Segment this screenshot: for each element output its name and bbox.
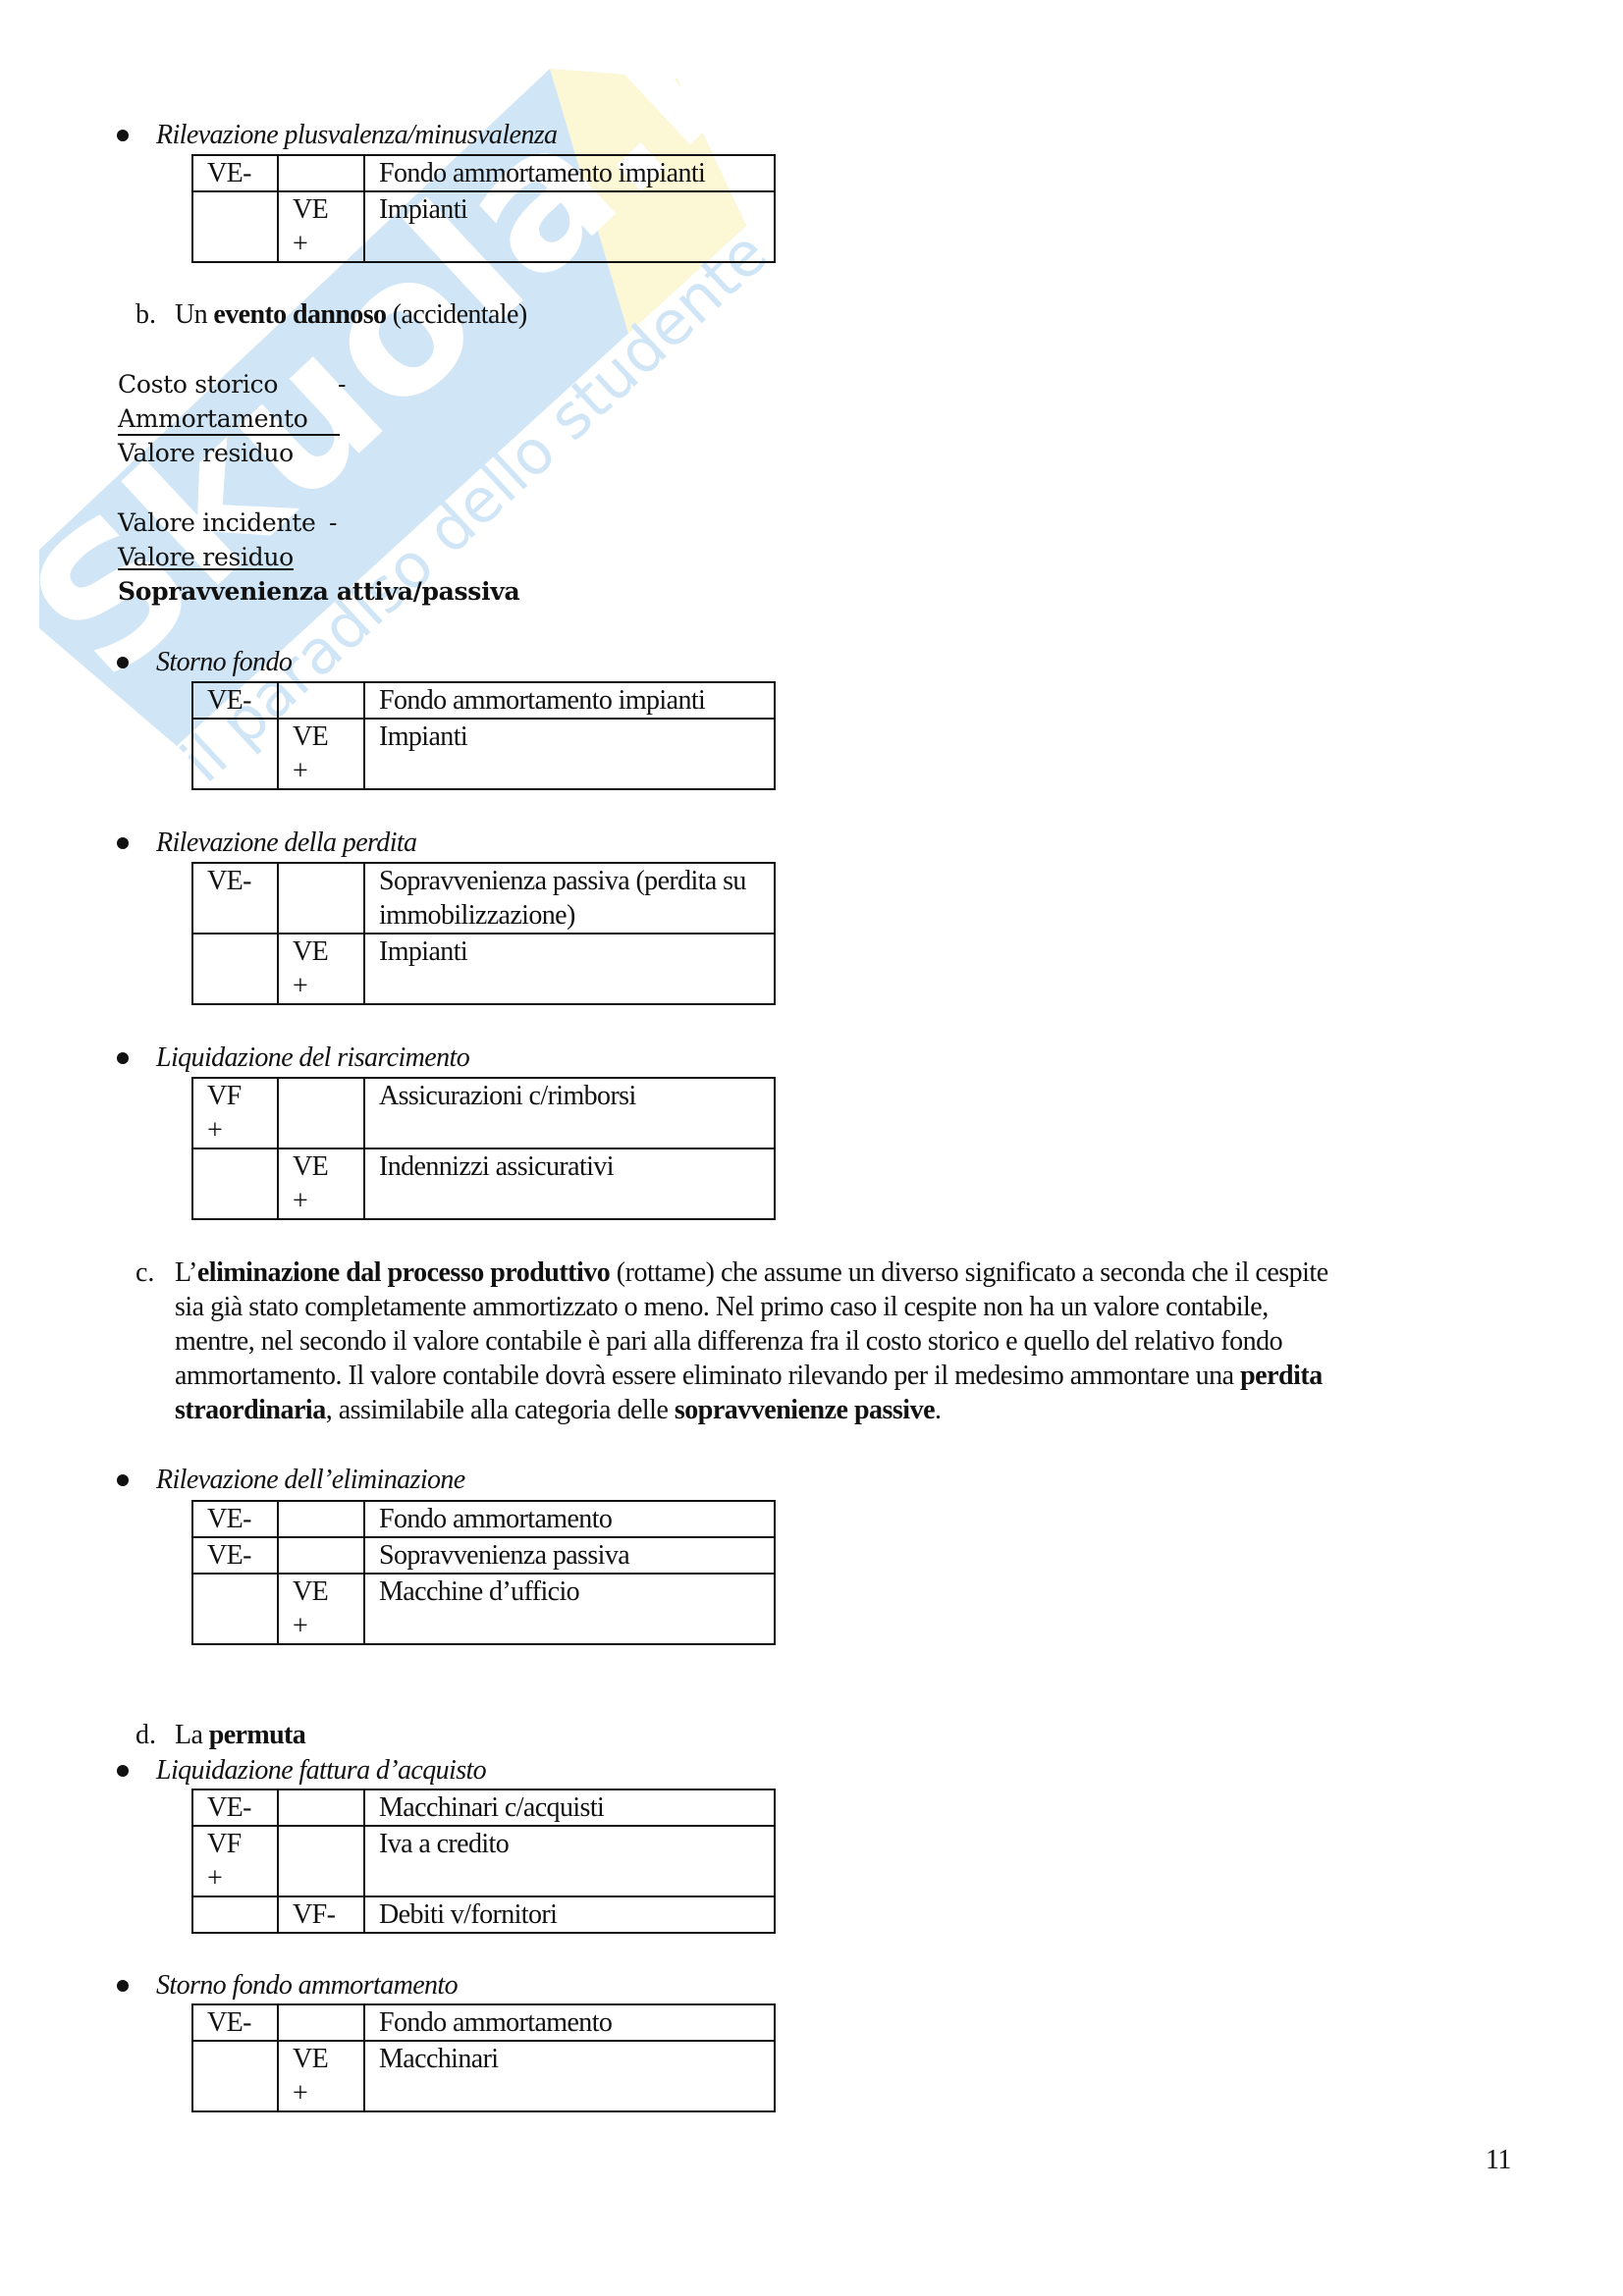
account-cell: Impianti — [364, 934, 775, 1004]
avere-cell: VE+ — [278, 2041, 364, 2111]
paragraph-c: L’eliminazione dal processo produttivo (… — [175, 1255, 1520, 1427]
heading-eliminazione: Rilevazione dell’eliminazione — [156, 1463, 465, 1497]
avere-cell: VF- — [278, 1896, 364, 1933]
table-row: VF- Debiti v/fornitori — [192, 1896, 775, 1933]
table-row: VE- Sopravvenienza passiva (perdita su i… — [192, 863, 775, 934]
calc-operator: - — [338, 367, 346, 401]
avere-cell — [278, 1537, 364, 1574]
list-marker-d: d. — [135, 1718, 156, 1752]
dare-cell — [192, 934, 278, 1004]
bullet-icon — [117, 1474, 129, 1486]
paragraph-line: ammortamento. Il valore contabile dovrà … — [175, 1359, 1520, 1393]
journal-table-perdita: VE- Sopravvenienza passiva (perdita su i… — [191, 862, 776, 1005]
section-b-title: Un evento dannoso (accidentale) — [175, 297, 527, 332]
account-cell: Macchinari c/acquisti — [364, 1789, 775, 1826]
avere-cell — [278, 1501, 364, 1537]
journal-table-storno-ammortamento: VE- Fondo ammortamento VE+ Macchinari — [191, 2003, 776, 2112]
dare-cell: VE- — [192, 1501, 278, 1537]
table-row: VE- Fondo ammortamento — [192, 1501, 775, 1537]
list-marker-b: b. — [135, 297, 156, 332]
account-cell: Debiti v/fornitori — [364, 1896, 775, 1933]
dare-cell: VF+ — [192, 1826, 278, 1896]
section-d-bold: permuta — [209, 1720, 305, 1750]
avere-cell: VE+ — [278, 191, 364, 262]
dare-cell — [192, 191, 278, 262]
calc-label: Ammortamento — [118, 404, 340, 436]
calc-label: Costo storico — [118, 370, 278, 399]
account-cell: Impianti — [364, 719, 775, 789]
dare-cell: VE- — [192, 2004, 278, 2041]
table-row: VE+ Impianti — [192, 191, 775, 262]
heading-risarcimento: Liquidazione del risarcimento — [156, 1041, 469, 1075]
account-cell: Impianti — [364, 191, 775, 262]
section-b-bold: evento dannoso — [213, 299, 386, 330]
section-b-post: (accidentale) — [386, 299, 526, 330]
avere-cell — [278, 1078, 364, 1148]
account-cell: Macchinari — [364, 2041, 775, 2111]
avere-cell — [278, 1826, 364, 1896]
dare-cell: VE- — [192, 1789, 278, 1826]
journal-table-plusvalenza: VE- Fondo ammortamento impianti VE+ Impi… — [191, 154, 776, 263]
heading-perdita: Rilevazione della perdita — [156, 826, 416, 860]
list-marker-c: c. — [135, 1255, 154, 1290]
paragraph-line: mentre, nel secondo il valore contabile … — [175, 1324, 1520, 1359]
section-b-pre: Un — [175, 299, 213, 330]
avere-cell: VE+ — [278, 1574, 364, 1644]
account-cell: Fondo ammortamento impianti — [364, 682, 775, 719]
paragraph-line: L’eliminazione dal processo produttivo (… — [175, 1255, 1520, 1290]
dare-cell: VE- — [192, 155, 278, 191]
bullet-icon — [117, 657, 129, 668]
table-row: VE+ Macchine d’ufficio — [192, 1574, 775, 1644]
bullet-icon — [117, 1980, 129, 1992]
paragraph-line: sia già stato completamente ammortizzato… — [175, 1290, 1520, 1324]
avere-cell — [278, 682, 364, 719]
account-cell: Sopravvenienza passiva (perdita su immob… — [364, 863, 775, 934]
avere-cell: VE+ — [278, 719, 364, 789]
avere-cell — [278, 863, 364, 934]
calc-costo-storico: Costo storico- — [118, 367, 278, 401]
dare-cell — [192, 1896, 278, 1933]
bullet-icon — [117, 837, 129, 849]
journal-table-storno-fondo: VE- Fondo ammortamento impianti VE+ Impi… — [191, 681, 776, 790]
dare-cell: VE- — [192, 1537, 278, 1574]
avere-cell — [278, 2004, 364, 2041]
heading-plusvalenza: Rilevazione plusvalenza/minusvalenza — [156, 118, 557, 152]
dare-cell — [192, 719, 278, 789]
journal-table-fattura: VE- Macchinari c/acquisti VF+ Iva a cred… — [191, 1789, 776, 1934]
journal-table-risarcimento: VF+ Assicurazioni c/rimborsi VE+ Indenni… — [191, 1077, 776, 1220]
calc-sopravvenienza: Sopravvenienza attiva/passiva — [118, 574, 519, 609]
dare-cell: VE- — [192, 863, 278, 934]
journal-table-eliminazione: VE- Fondo ammortamento VE- Sopravvenienz… — [191, 1500, 776, 1645]
page-number: 11 — [1486, 2143, 1511, 2177]
account-cell: Iva a credito — [364, 1826, 775, 1896]
bullet-icon — [117, 1765, 129, 1777]
table-row: VE+ Impianti — [192, 719, 775, 789]
paragraph-line: straordinaria, assimilabile alla categor… — [175, 1393, 1520, 1427]
avere-cell — [278, 155, 364, 191]
account-cell: Sopravvenienza passiva — [364, 1537, 775, 1574]
account-cell: Fondo ammortamento — [364, 1501, 775, 1537]
account-cell: Assicurazioni c/rimborsi — [364, 1078, 775, 1148]
avere-cell: VE+ — [278, 1148, 364, 1219]
dare-cell: VF+ — [192, 1078, 278, 1148]
heading-storno-fondo: Storno fondo — [156, 645, 292, 679]
svg-text:Skuola.net: Skuola.net — [0, 0, 963, 720]
dare-cell: VE- — [192, 682, 278, 719]
dare-cell — [192, 1148, 278, 1219]
table-row: VE- Fondo ammortamento impianti — [192, 682, 775, 719]
account-cell: Macchine d’ufficio — [364, 1574, 775, 1644]
calc-operator: - — [329, 506, 337, 540]
table-row: VE- Sopravvenienza passiva — [192, 1537, 775, 1574]
avere-cell — [278, 1789, 364, 1826]
table-row: VF+ Assicurazioni c/rimborsi — [192, 1078, 775, 1148]
calc-ammortamento: Ammortamento — [118, 401, 340, 436]
heading-fattura: Liquidazione fattura d’acquisto — [156, 1753, 486, 1788]
heading-storno-ammortamento: Storno fondo ammortamento — [156, 1968, 458, 2002]
dare-cell — [192, 1574, 278, 1644]
dare-cell — [192, 2041, 278, 2111]
table-row: VE+ Macchinari — [192, 2041, 775, 2111]
account-cell: Indennizzi assicurativi — [364, 1148, 775, 1219]
account-cell: Fondo ammortamento impianti — [364, 155, 775, 191]
table-row: VF+ Iva a credito — [192, 1826, 775, 1896]
section-d-title: La permuta — [175, 1718, 305, 1752]
calc-valore-residuo-2: Valore residuo — [118, 540, 294, 574]
table-row: VE- Macchinari c/acquisti — [192, 1789, 775, 1826]
table-row: VE- Fondo ammortamento — [192, 2004, 775, 2041]
calc-valore-residuo: Valore residuo — [118, 436, 294, 470]
calc-label: Valore incidente — [118, 508, 315, 537]
avere-cell: VE+ — [278, 934, 364, 1004]
bullet-icon — [117, 1052, 129, 1064]
table-row: VE- Fondo ammortamento impianti — [192, 155, 775, 191]
table-row: VE+ Impianti — [192, 934, 775, 1004]
table-row: VE+ Indennizzi assicurativi — [192, 1148, 775, 1219]
account-cell: Fondo ammortamento — [364, 2004, 775, 2041]
bullet-icon — [117, 130, 129, 141]
calc-valore-incidente: Valore incidente- — [118, 506, 315, 540]
section-d-pre: La — [175, 1720, 209, 1750]
